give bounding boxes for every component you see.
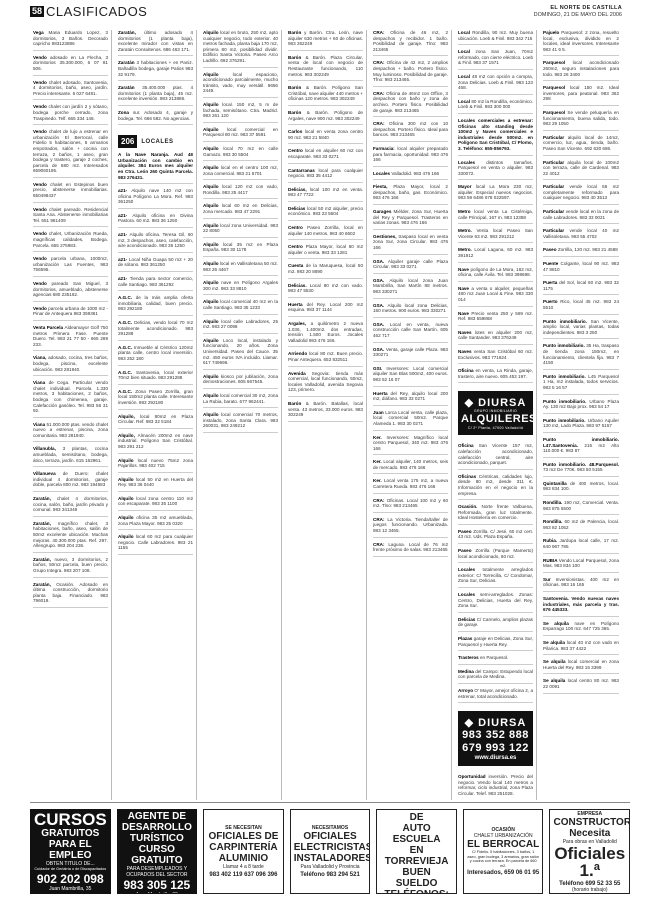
classified-ad: Oficina San Vicente 157 m2, calefacción … (458, 443, 533, 469)
classified-ad: Locales semi-arreglados. Zonas: Centro, … (458, 592, 533, 613)
classified-ad: Alquilo, local 80m2 en Plaza Circular. R… (118, 414, 193, 429)
ad-keyword: a21- (118, 276, 130, 281)
ad-keyword: Vega (33, 30, 49, 35)
classified-ad: Particular vende local en la zona de cal… (543, 209, 619, 224)
ad-keyword: Delicias (288, 206, 307, 211)
ad-line: CARPINTERÍA (207, 842, 280, 853)
ad-keyword: Vendo (33, 104, 48, 109)
ad-keyword: Se alquila (543, 640, 567, 645)
classified-ad: Particular alquilo local de 14m2, comerc… (543, 135, 619, 156)
classified-ad: Metro. Venta local Paseo San Vicente 63 … (458, 228, 533, 243)
ad-keyword: GSI. (373, 366, 386, 371)
ad-line: PROFESOR DE (380, 809, 453, 823)
ad-line: AGENTE DE (121, 811, 194, 822)
ad-keyword: Huerta (373, 391, 391, 396)
classified-ad: Barón & Barón. Polígono San Cristóbal, n… (288, 85, 363, 106)
classified-ad: Viana de Cega. Particular vendo chalet i… (33, 380, 108, 418)
ad-keyword: CRA: (373, 60, 387, 65)
ad-keyword: Ker. (373, 435, 386, 440)
ad-keyword: Zona (118, 110, 133, 115)
ad-keyword: A.G.C. (118, 295, 136, 300)
classified-ad: Centro Plaza Mayor, local 60 m2 alquiler… (288, 244, 363, 259)
ad-keyword: Alquilo, (118, 433, 138, 438)
ad-keyword: Alquilo (203, 393, 220, 398)
ad-keyword: Vendo (33, 256, 51, 261)
ad-line: AUTO ESCUELA (380, 823, 453, 845)
classified-ad: Locales distintos tamaños. Parquesol en … (458, 160, 533, 181)
classified-ad: GSA. Alquilo local zona Delicias, 150 me… (373, 303, 448, 318)
classified-ad: Sur Inversionistas. 400 m2 en oficinas. … (543, 577, 619, 592)
ad-keyword: Alquilo (203, 280, 221, 285)
ad-line: TURÍSTICO (121, 833, 194, 844)
ad-phone: 902 202 098 (34, 872, 107, 886)
column-1: Vega Mana Eduardo Lopez, 3 dormitorios, … (30, 30, 112, 800)
classified-ad: Alquilo local comercial 40 m2 en la call… (203, 299, 278, 314)
classified-ad: Zaratán, chalet 4 dormitorios, cocina, s… (33, 496, 108, 517)
ad-keyword: Barón (288, 55, 305, 60)
classified-ad: Farmacia: local alquiler preparado para … (373, 146, 448, 167)
display-ads-row: CURSOSGRATUITOSPARA EL EMPLEOOBTEN TITUL… (30, 809, 630, 894)
ad-keyword: Alquilo (203, 102, 222, 107)
ad-keyword: Puente (543, 261, 561, 266)
ad-text: Alquilo oficina. Teresa Gil, 60 m2, 3 de… (118, 232, 193, 248)
classified-ad: GSA. Alquilo local zona Juan Mambrilla, … (373, 278, 448, 299)
classified-ad: Metro. Local Laguna, 60 m2. 983 391912 (458, 247, 533, 262)
classified-ad: Oficina en venta, La Rinda, garaje, tras… (458, 368, 533, 383)
classified-ad: Villanubla, 3 plantas, cocina amueblada,… (33, 446, 108, 467)
classified-ad: Metro local venta La Cistérniga, calle P… (458, 209, 533, 224)
ad-keyword: Alquilo (118, 458, 138, 463)
ad-keyword: Cuesta (288, 263, 306, 268)
ad-keyword: Alquilo (118, 534, 136, 539)
classified-ad: Puente Colgante, local 90 m2. 983 47 881… (543, 261, 619, 276)
classified-ad: Local 80 m2 la Rondilla, económico. Loeb… (458, 99, 533, 114)
section-name: LOCALES (141, 139, 173, 145)
ad-keyword: Zaratán (118, 60, 137, 65)
ad-keyword: Vendo (33, 231, 49, 236)
classified-ad: a21- Alquilo nave 140 m2 con oficina Pol… (118, 188, 193, 209)
classified-ad: Vendo adosado en La Flecha, 3 dormitorio… (33, 55, 108, 76)
ad-keyword: Zaratán, (33, 496, 57, 501)
classified-ad: Zona sur. Adosado 4, garaje y bodega. Te… (118, 110, 193, 125)
classified-ad: GSA. Local en venta, nueva construcción … (373, 322, 448, 343)
classified-ad: Punto inmobiliario. 35 Ha, traspaso de t… (543, 343, 619, 369)
classified-ad: Alquilo local calle Labradores, 25 m2. 9… (203, 319, 278, 334)
ad-text: Tienda para sector comercio, calle Santi… (118, 276, 193, 287)
ad-keyword: Alquilo (203, 338, 223, 343)
classified-ad: Particular vende local 55 m2 completamen… (543, 184, 619, 205)
ad-keyword: Alquilo (118, 515, 136, 520)
ad-keyword: Venta Parcela (33, 325, 65, 330)
ad-line: Llamar 4 a 8 tarde (207, 864, 280, 870)
ad-line: EL BERROCAL (467, 839, 540, 850)
ad-keyword: Alquilo (203, 412, 221, 417)
ad-keyword: Avenida (288, 371, 312, 376)
classified-ad: Santovenia. Vendo nuevas naves industria… (543, 596, 619, 617)
classified-ad: CRA: La Victoria. Tienda/taller de juego… (373, 517, 448, 538)
ad-keyword: Alquilo (118, 496, 136, 501)
classified-ad: CRA: Oficina 300 m2 con 10 despachos. Po… (373, 121, 448, 142)
classified-ad: Punto inmobiliario. 48.Parquesol. 73 m2 … (543, 462, 619, 477)
ad-keyword: Particular (543, 160, 567, 165)
classified-ad: Alquilo, Almacén 200m2 en nave industria… (118, 433, 193, 454)
ad-keyword: Mayor (458, 184, 476, 189)
ad-text: local en bruto, 250 m2, apto cualquier n… (203, 30, 278, 63)
ad-keyword: Viana, (33, 355, 48, 360)
ad-keyword: CRA: (373, 542, 388, 547)
classified-ad: Pajuelo Parquesol: 2 zona, resuelto loca… (543, 30, 619, 56)
ad-keyword: Paseo (543, 247, 558, 252)
ad-keyword: CRA: (373, 91, 386, 96)
ad-keyword: GSA. (373, 278, 389, 283)
classified-ad: Alquilo local espacioso, acondicionado p… (203, 72, 278, 98)
classified-ad: Alquilo local comercial 70 metros, insta… (203, 412, 278, 433)
classifieds-columns: Vega Mana Eduardo Lopez, 3 dormitorios, … (30, 30, 630, 800)
classified-ad: Ker. Local venta 175 m2, a nueva Carrete… (373, 478, 448, 493)
ad-line: ELECTRICISTAS (294, 842, 367, 853)
classified-ad: Paseo Zorrilla. C/ Jesé, 60 m2 cert. 43 … (458, 529, 533, 544)
ad-keyword: Parquesol (543, 85, 570, 90)
ad-keyword: Punto inmobiliario. (543, 399, 589, 404)
classified-ad: a21- Alquilo oficina. Teresa Gil, 60 m2,… (118, 232, 193, 253)
classified-ad: Alquilo kiosco por jubilación, zona demo… (203, 374, 278, 389)
classified-ad: Zaratán 3 habitaciones + en Paniz. Bañad… (118, 60, 193, 81)
diursa-phone-2: 679 993 122 (461, 742, 530, 755)
ad-keyword: CRA: (373, 121, 389, 126)
classified-ad: Alquilo local 50 m2 en Huerta del Rey. 9… (118, 477, 193, 492)
classified-ad: Zaratán 35.400.000 ptas. 4 dormitorios (… (118, 85, 193, 106)
classified-ad: Zaratán, nuevo, 3 dormitorios, 2 baños, … (33, 557, 108, 578)
ad-line: Necesita (553, 828, 626, 839)
ad-keyword: Puerta (543, 280, 559, 285)
diursa-alquileres-ad: ◆ DIURSAGRUPO INMOBILIARIOALQUILERESC/ 2… (458, 391, 533, 435)
section-divider (30, 802, 630, 803)
classified-ad: Alquilo local 60 m2 en Delicias, zona me… (203, 203, 278, 218)
ad-keyword: Punto inmobiliario. (543, 343, 586, 348)
column-7: Pajuelo Parquesol: 2 zona, resuelto loca… (540, 30, 622, 800)
ad-keyword: Locales (458, 567, 482, 572)
classified-ad: CRA: Oficina de 46 m2, 2 despachos y rec… (373, 30, 448, 56)
ad-line: OFICIALES DE (207, 831, 280, 842)
classified-ad: Viana 51.000.000 ptas. vendo chalet nuev… (33, 422, 108, 443)
ad-keyword: CRA: (373, 30, 390, 35)
classified-ad: Barón & Barón. Batallas, local venta. 43… (288, 401, 363, 422)
classified-ad: Alquilo local 60 m2 para cualquier negoc… (118, 534, 193, 555)
classified-ad: Venta Parcela Aldeamayor Golf 750 metros… (33, 325, 108, 351)
classified-ad: Vendo chalet, Urbanización Rueda, magníf… (33, 231, 108, 252)
ad-keyword: GSA. (373, 347, 386, 352)
classified-ad: A.G.C. de la más amplia oferta inmobilia… (118, 295, 193, 316)
classified-ad: Vendo chalet pareado. Residencial Santa … (33, 207, 108, 228)
ad-keyword: Viana (33, 380, 49, 385)
ad-keyword: Arroyo (458, 688, 474, 693)
ad-keyword: A la Nave Naranja. (118, 152, 174, 157)
ad-line: ALUMINIO (207, 853, 280, 864)
classified-ad: A.G.C. Santovenia, local exterior 70m2 b… (118, 370, 193, 385)
display-ad-autoescuela: SE NECESITAPROFESOR DEAUTO ESCUELAEN TOR… (376, 809, 457, 894)
classified-ad: Avenida Segovia: tienda más comercial, l… (288, 371, 363, 397)
classified-ad: Oficinas Céntricas, calidades lujo, desd… (458, 474, 533, 500)
ad-keyword: Garages (373, 209, 394, 214)
ad-keyword: Particular (543, 184, 570, 189)
classified-ad: Mayor local La Mora 230 m2, alquiler. Es… (458, 184, 533, 205)
ad-keyword: Pajuelo (543, 30, 561, 35)
ad-keyword: Alquilo (203, 299, 220, 304)
classified-ad: GSI. Inversores: Local comercial alquile… (373, 366, 448, 387)
classified-ad: CRA: Oficinas. Local 100 m2 y 60 m2. Tln… (373, 498, 448, 513)
ad-keyword: Trasteros (458, 655, 480, 660)
ad-keyword: Alquilo (118, 477, 136, 482)
ad-keyword: Zaratán, (33, 582, 56, 587)
ad-keyword: Metro (458, 209, 474, 214)
column-4: Barón y Barón. Ctra. León, nave alquiler… (285, 30, 367, 800)
ad-keyword: Centro (288, 244, 306, 249)
ad-keyword: Carlos (288, 129, 305, 134)
ad-phone: 983 402 119 637 096 396 (207, 872, 280, 878)
ad-phone: Interesados, 659 06 01 95 (467, 870, 540, 876)
ad-keyword: Particular (543, 209, 566, 214)
ad-keyword: Vendo (33, 55, 50, 60)
classified-ad: Garages Miélder, zona Sur, Huerta del Re… (373, 209, 448, 230)
diursa-phone-1: 983 352 888 (461, 729, 530, 742)
ad-keyword: Zaratán, (33, 521, 58, 526)
ad-keyword: Viana (33, 422, 46, 427)
classified-ad: Delicias. Local 80 m2 con vado. 983 47 5… (288, 283, 363, 298)
ad-line: INSTALADORES (294, 853, 367, 864)
classified-ad: A.G.C. Inmueble al Céntrico 120m2 planta… (118, 345, 193, 366)
classified-ad: Alquilo Loco local, instalado y funciona… (203, 338, 278, 370)
ad-keyword: Punto inmobiliario. (543, 319, 591, 324)
section-title: CLASIFICADOS (46, 4, 147, 19)
ad-keyword: Centro (288, 148, 305, 153)
publication-date: DOMINGO, 21 DE MAYO DEL 2006 (534, 12, 622, 18)
ad-keyword: A.G.C. (118, 389, 135, 394)
ad-keyword: Vendo (33, 80, 49, 85)
classified-ad: Ker. Local alquiler, 140 metros, seis de… (373, 459, 448, 474)
classified-ad: Paseo Zorrilla (Parque Mamerto) local ac… (458, 548, 533, 563)
classified-ad: Alquilo local zona centro 110 m2 con esc… (118, 496, 193, 511)
ad-keyword: Se alquila (543, 678, 568, 683)
classified-ad: Carlos local en venta zona centro 90 m2.… (288, 129, 363, 144)
ad-keyword: Alquilo (203, 146, 223, 151)
ad-text: Zorrilla, 120 m2. 983 21 4588 (558, 247, 618, 252)
ad-keyword: A.G.C. (118, 345, 134, 350)
ad-line: Para Valladolid y Provincia (294, 864, 367, 870)
classified-ad: Cantarranas local para cualquier negocio… (288, 168, 363, 183)
ad-text: chalet de lujo a estrenar en urbanizació… (33, 129, 108, 173)
ad-keyword: Alquilo (203, 30, 220, 35)
classified-ad: Juan Lorca Local venta, calle plaza, loc… (373, 410, 448, 431)
ad-keyword: Nave (458, 286, 471, 291)
ad-keyword: Parquesol (543, 60, 573, 65)
display-ad-constructora: EMPRESACONSTRUCTORANecesitaPara obras en… (549, 809, 630, 894)
ad-keyword: Alquilo (203, 374, 221, 379)
ad-text: Oficinas alto standing desde 100m2 y Nav… (458, 124, 533, 151)
display-ad-agente-desarrollo: OBTEN TITULO DE...AGENTE DEDESARROLLOTUR… (117, 809, 198, 894)
ad-keyword: Plazas (458, 636, 474, 641)
ad-line: EN TORREVIEJA (380, 845, 453, 867)
classified-ad: Cuesta de la Maruquesa, local 50 m2. 983… (288, 263, 363, 278)
ad-keyword: Ker. (373, 478, 384, 483)
classified-ad: Rubia. Jardupa local calle, 17 m2. 640 9… (543, 538, 619, 553)
ad-keyword: Juan (373, 410, 385, 415)
classified-ad: Medina del Campo: Estupendo local con pa… (458, 669, 533, 684)
ad-keyword: Vendo (33, 306, 48, 311)
diursa-website: www.diursa.es (461, 755, 530, 761)
classified-ad: Se alquila nave en Polígono Esparrago 10… (543, 621, 619, 636)
ad-keyword: Oficinas (458, 474, 479, 479)
ad-keyword: GSA. (373, 259, 388, 264)
ad-keyword: Sur (543, 577, 556, 582)
classified-ad: Alquilo local en Vallisoletana 50 m2. 98… (203, 261, 278, 276)
classified-ad: Vendo chalet adosado, Santovenia, 4 dorm… (33, 80, 108, 101)
diursa-logo: ◆ DIURSA (461, 716, 530, 729)
ad-line: PARA EL EMPLEO (34, 839, 107, 861)
page-header: 58 CLASIFICADOS EL NORTE DE CASTILLA DOM… (30, 4, 630, 22)
ad-keyword: Rubia. (543, 538, 560, 543)
classified-ad: Arroyo O' Mayor, amejor oficina 2, a est… (458, 688, 533, 703)
page-number: 58 (30, 6, 44, 17)
ad-keyword: Particular (543, 135, 568, 140)
classified-ad: Alquilo local 70 m2 en calle Gamazo. 983… (203, 146, 278, 161)
ad-keyword: RUBIA (543, 558, 559, 563)
ad-keyword: Vendo (33, 207, 49, 212)
classified-ad: Viana, adosado, cocina, tres baños, bode… (33, 355, 108, 376)
diursa-title: ALQUILERES (461, 413, 530, 426)
classified-ad: Vendo chalet de lujo a estrenar en urban… (33, 129, 108, 178)
ad-keyword: GSA. (373, 322, 390, 327)
classified-ad: Punto inmobiliario. Urbano Plaza Ay. 130… (543, 399, 619, 414)
ad-keyword: Rondilla. (543, 500, 564, 505)
classified-ad: Ocasión. Norte frente Valbuena, Reformad… (458, 504, 533, 525)
column-6: Local Rondilla, 90 m2. Muy buena ubicaci… (455, 30, 537, 800)
display-ad-electricistas: NECESITAMOSOFICIALESELECTRICISTASINSTALA… (290, 809, 371, 894)
ad-keyword: Local (458, 74, 472, 79)
classified-ad: Locales totalmente arreglados exterior: … (458, 567, 533, 588)
ad-text: de Cega. Particular vendo chalet individ… (33, 380, 108, 413)
classified-ad: Huerta del Rey, alquilo local 200 m2, di… (373, 391, 448, 406)
classified-ad: Delicias C/ Carmelo, amplios plazas de g… (458, 617, 533, 632)
classified-ad: Centro Paseo Zorrilla, local en alquiler… (288, 225, 363, 240)
classified-ad: Parquesol local acondicionado 260m2, seg… (543, 60, 619, 81)
ad-line: C/ Fidelio. 5 habitaciones, 3 baños, 1 a… (467, 850, 540, 868)
classified-ad: Particular alquila local de 100m2 con te… (543, 160, 619, 181)
ad-keyword: Vendo (33, 182, 50, 187)
ad-keyword: Locales (373, 171, 391, 176)
ad-keyword: Quintanilla (543, 481, 570, 486)
classified-ad: a21- Alquilo oficina en Divina Pastora. … (118, 213, 193, 228)
classified-ad: Parquesol Se vende peluquería en funcion… (543, 110, 619, 131)
ad-keyword: a21- (118, 232, 130, 237)
classified-ad: Alquilo local. 150 m2, 5 m de fachada, s… (203, 102, 278, 123)
classified-ad: Vendo pareado San Miguel, 3 dormitorios,… (33, 281, 108, 302)
classified-ad: Vendo parcela urbana de 1000 m2 - Pinar … (33, 306, 108, 321)
ad-line: CURSOS (34, 811, 107, 828)
ad-address: Juan Mambrilla, 35 (34, 886, 107, 892)
classified-ad: Alquilo local 35 m2 en Plaza España. 983… (203, 242, 278, 257)
ad-keyword: Barón (288, 110, 307, 115)
ad-keyword: Punto inmobiliario. 48.Parquesol. (543, 462, 619, 467)
ad-keyword: Alquilo, (118, 414, 140, 419)
classified-ad: Fiesta, Plaza Mayor, local 2 despachos, … (373, 184, 448, 205)
ad-keyword: Barón (288, 401, 306, 406)
ad-keyword: Particular (543, 228, 570, 233)
classified-ad: Locales comerciales a estrenar: Oficinas… (458, 118, 533, 156)
classified-ad: Se alquila local 40 m2 con vado en Pilar… (543, 640, 619, 655)
classified-ad: Nave polígono de La Mora, 162 m2, oficin… (458, 267, 533, 282)
ad-phone: Teléfono 983 294 521 (294, 872, 367, 878)
classified-ad: Centro local en alquiler 60 m2 con escap… (288, 148, 363, 163)
ad-note: (horario trabajo) (553, 887, 626, 893)
classified-ad: Punto inmobiliario. L45 Parquesol 1 Ha, … (543, 374, 619, 395)
ad-keyword: Naves (458, 349, 474, 354)
section-header-locales: 206LOCALES (118, 135, 193, 148)
classified-ad: Arriendo local 80 m2. Buen precio. Pinar… (288, 351, 363, 366)
ad-keyword: Alquilo (203, 165, 221, 170)
ad-keyword: Punto inmobiliario. (543, 418, 588, 423)
ad-line: PARA DESEMPLEADOS Y OCUPADOS DEL SECTOR (121, 866, 194, 878)
classified-ad: Se alquila local comercial en zona Huert… (543, 659, 619, 674)
classified-ad: Locales Valladolid. 983 476 166 (373, 171, 448, 181)
ad-address: Juan Mambrilla, 35 (121, 892, 194, 894)
classified-ad: Vendo parcela urbana, 1000m2, urbanizaci… (33, 256, 108, 277)
ad-keyword: Farmacia: (373, 146, 397, 151)
ad-keyword: Fiesta, (373, 184, 393, 189)
ad-keyword: Huerta (288, 302, 307, 307)
ad-keyword: Paseo (458, 529, 473, 534)
classified-ad: Barón & Barón. Plaza Circular, venta de … (288, 55, 363, 81)
classified-ad: CRA: Oficina de 42 m2, 2 amplios despach… (373, 60, 448, 86)
ad-keyword: Centro (288, 225, 307, 230)
ad-keyword: Villanueva (33, 471, 63, 476)
ad-keyword: Nave (458, 267, 471, 272)
classified-ad: Rondilla. 60 m2 de Palencia, local. 983 … (543, 519, 619, 534)
ad-keyword: Barón (288, 85, 306, 90)
ad-keyword: Naves (458, 330, 475, 335)
ad-keyword: Oficina (458, 443, 479, 448)
ad-keyword: Punto inmobiliario. (543, 374, 588, 379)
ad-keyword: Local (458, 99, 471, 104)
newspaper-name: EL NORTE DE CASTILLA (550, 5, 622, 11)
ad-line: CONSTRUCTORA (553, 817, 626, 828)
classified-ad: Villanueva de Duero: chalet individual 4… (33, 471, 108, 492)
classified-ad: Naves venta San Cristóbal 60 m2. Exclusi… (458, 349, 533, 364)
classified-ad: Zaratán, Ocasión. Adosado en última cons… (33, 582, 108, 608)
ad-text: Valladolid. 983 476 166 (391, 171, 439, 176)
ad-keyword: GSA. (373, 303, 388, 308)
classified-ad: Alquilo oficina 35 m2 amueblada, zona Pl… (118, 515, 193, 530)
ad-keyword: Puerto (543, 299, 560, 304)
diursa-phone-ad: ◆ DIURSA983 352 888679 993 122www.diursa… (458, 711, 533, 766)
ad-keyword: Parquesol (543, 110, 567, 115)
diursa-logo: ◆ DIURSA (461, 396, 530, 409)
ad-keyword: Oportunidad (458, 774, 488, 779)
classified-ad: Alquilo local nuevo 75m2 zona Pajarillos… (118, 458, 193, 473)
ad-keyword: Local (458, 30, 472, 35)
classified-ad: CRA: Oficina de 46m2 con Office, 3 despa… (373, 91, 448, 117)
classified-ad: Gestiones, traspaso local en venta zona … (373, 234, 448, 255)
ad-keyword: Rondilla. (543, 519, 564, 524)
ad-keyword: a21- (118, 188, 131, 193)
ad-keyword: Paseo (458, 548, 475, 553)
classified-ad: RUBIA Vendo Local Parquesol, zona Mas. 9… (543, 558, 619, 573)
ad-text: Local Niña Guapa 50 m2 + 20 de sótano. 9… (118, 257, 193, 268)
ad-keyword: Barón (288, 30, 304, 35)
classified-ad: Local Rondilla, 90 m2. Muy buena ubicaci… (458, 30, 533, 45)
classified-ad: GSA. Alquiler garaje calle Plaza Circula… (373, 259, 448, 274)
classified-ad: Plazas garaje en Delicias, Zona Sur, Par… (458, 636, 533, 651)
ad-line: CURSO GRATUITO (121, 844, 194, 866)
